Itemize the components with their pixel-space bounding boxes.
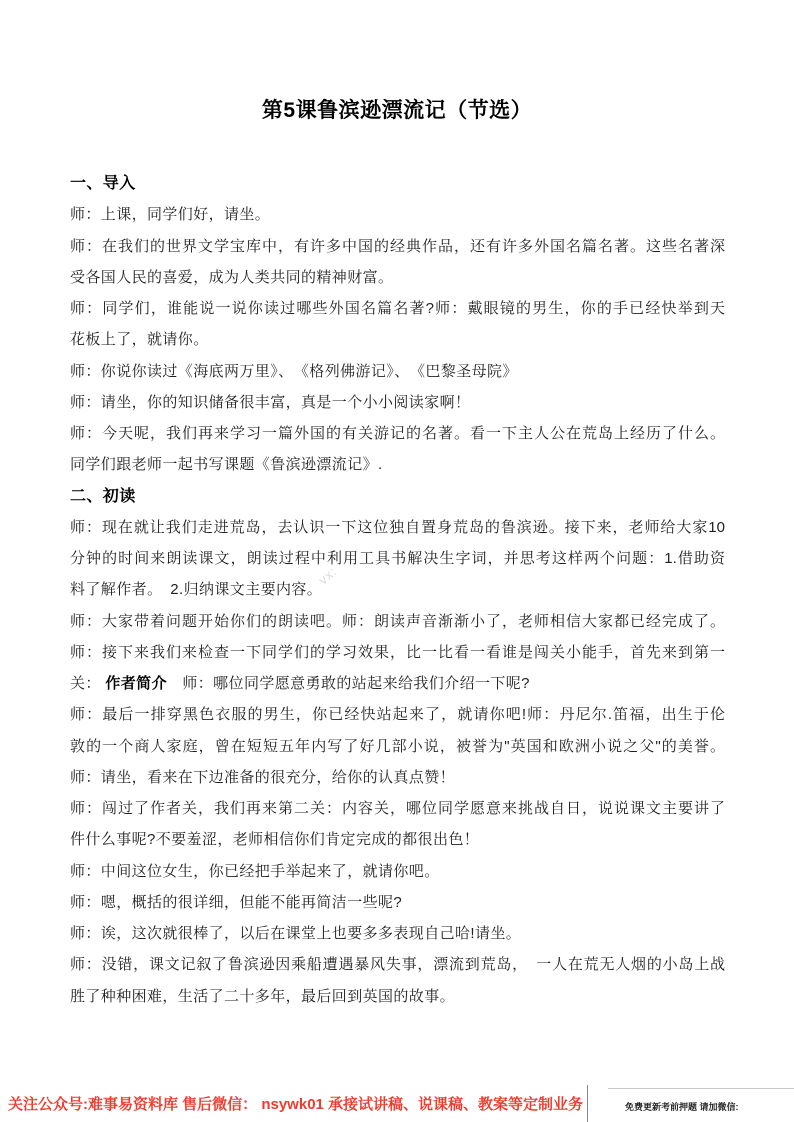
- inline-text: 关：: [70, 675, 105, 692]
- footer-promo-text: 关注公众号:难事易资料库 售后微信： nsywk01 承接试讲稿、说课稿、教案等…: [8, 1094, 584, 1116]
- section-heading: 一、导入: [70, 168, 725, 199]
- body-line: 花板上了，就请你。: [70, 324, 725, 355]
- body-line: 师：最后一排穿黑色衣服的男生，你已经快站起来了，就请你吧!师：丹尼尔.笛福，出生…: [70, 699, 725, 730]
- body-line: 师：没错，课文记叙了鲁滨逊因乘船遭遇暴风失事，漂流到荒岛， 一人在荒无人烟的小岛…: [70, 949, 725, 980]
- body-line: 同学们跟老师一起书写课题《鲁滨逊漂流记》.: [70, 449, 725, 480]
- body-line: 师：诶，这次就很棒了，以后在课堂上也要多多表现自己哈!请坐。: [70, 918, 725, 949]
- inline-text: 师：哪位同学愿意勇敢的站起来给我们介绍一下呢?: [167, 675, 530, 692]
- body-line: 师：同学们，谁能说一说你读过哪些外国名篇名著?师：戴眼镜的男生，你的手已经快举到…: [70, 293, 725, 324]
- body-line: 师：在我们的世界文学宝库中，有许多中国的经典作品，还有许多外国名篇名著。这些名著…: [70, 231, 725, 262]
- section-heading: 二、初读: [70, 481, 725, 512]
- body-line: 师：现在就让我们走进荒岛，去认识一下这位独自置身荒岛的鲁滨逊。接下来，老师给大家…: [70, 512, 725, 543]
- body-line: 师：你说你读过《海底两万里》、 《格列佛游记》、 《巴黎圣母院》: [70, 356, 725, 387]
- footer-divider: [587, 1085, 588, 1122]
- body-line: 受各国人民的喜爱，成为人类共同的精神财富。: [70, 262, 725, 293]
- body-line: 师：今天呢，我们再来学习一篇外国的有关游记的名著。看一下主人公在荒岛上经历了什么…: [70, 418, 725, 449]
- body-line: 件什么事呢?不要羞涩，老师相信你们肯定完成的都很出色！: [70, 824, 725, 855]
- body-line: 关： 作者简介 师：哪位同学愿意勇敢的站起来给我们介绍一下呢?: [70, 668, 725, 699]
- body-line: 师：大家带着问题开始你们的朗读吧。师：朗读声音渐渐小了，老师相信大家都已经完成了…: [70, 606, 725, 637]
- body-line: 师：请坐，你的知识储备很丰富，真是一个小小阅读家啊！: [70, 387, 725, 418]
- footer-note-text: 免费更新考前押题 请加微信:: [625, 1100, 739, 1113]
- page-title: 第5课鲁滨逊漂流记（节选）: [0, 96, 794, 126]
- body-line: 师：请坐，看来在下边准备的很充分，给你的认真点赞！: [70, 762, 725, 793]
- body-line: 胜了种种困难，生活了二十多年，最后回到英国的故事。: [70, 981, 725, 1012]
- document-page: 第5课鲁滨逊漂流记（节选） 一、导入师：上课，同学们好，请坐。师：在我们的世界文…: [0, 0, 794, 1122]
- body-line: 师：上课，同学们好，请坐。: [70, 199, 725, 230]
- body-line: 师：闯过了作者关，我们再来第二关：内容关，哪位同学愿意来挑战自日，说说课文主要讲…: [70, 793, 725, 824]
- body-line: 师：中间这位女生，你已经把手举起来了，就请你吧。: [70, 856, 725, 887]
- body-line: 师：嗯，概括的很详细，但能不能再简洁一些呢?: [70, 887, 725, 918]
- inline-bold-label: 作者简介: [105, 675, 167, 692]
- body-line: 料了解作者。 2.归纳课文主要内容。: [70, 574, 725, 605]
- document-body: 一、导入师：上课，同学们好，请坐。师：在我们的世界文学宝库中，有许多中国的经典作…: [70, 168, 725, 1012]
- footer-note-topline: [608, 1088, 794, 1089]
- body-line: 师：接下来我们来检查一下同学们的学习效果，比一比看一看谁是闯关小能手，首先来到第…: [70, 637, 725, 668]
- body-line: 分钟的时间来朗读课文，朗读过程中利用工具书解决生字词，并思考这样两个问题：1.借…: [70, 543, 725, 574]
- body-line: 敦的一个商人家庭，曾在短短五年内写了好几部小说，被誉为"英国和欧洲小说之父"的美…: [70, 731, 725, 762]
